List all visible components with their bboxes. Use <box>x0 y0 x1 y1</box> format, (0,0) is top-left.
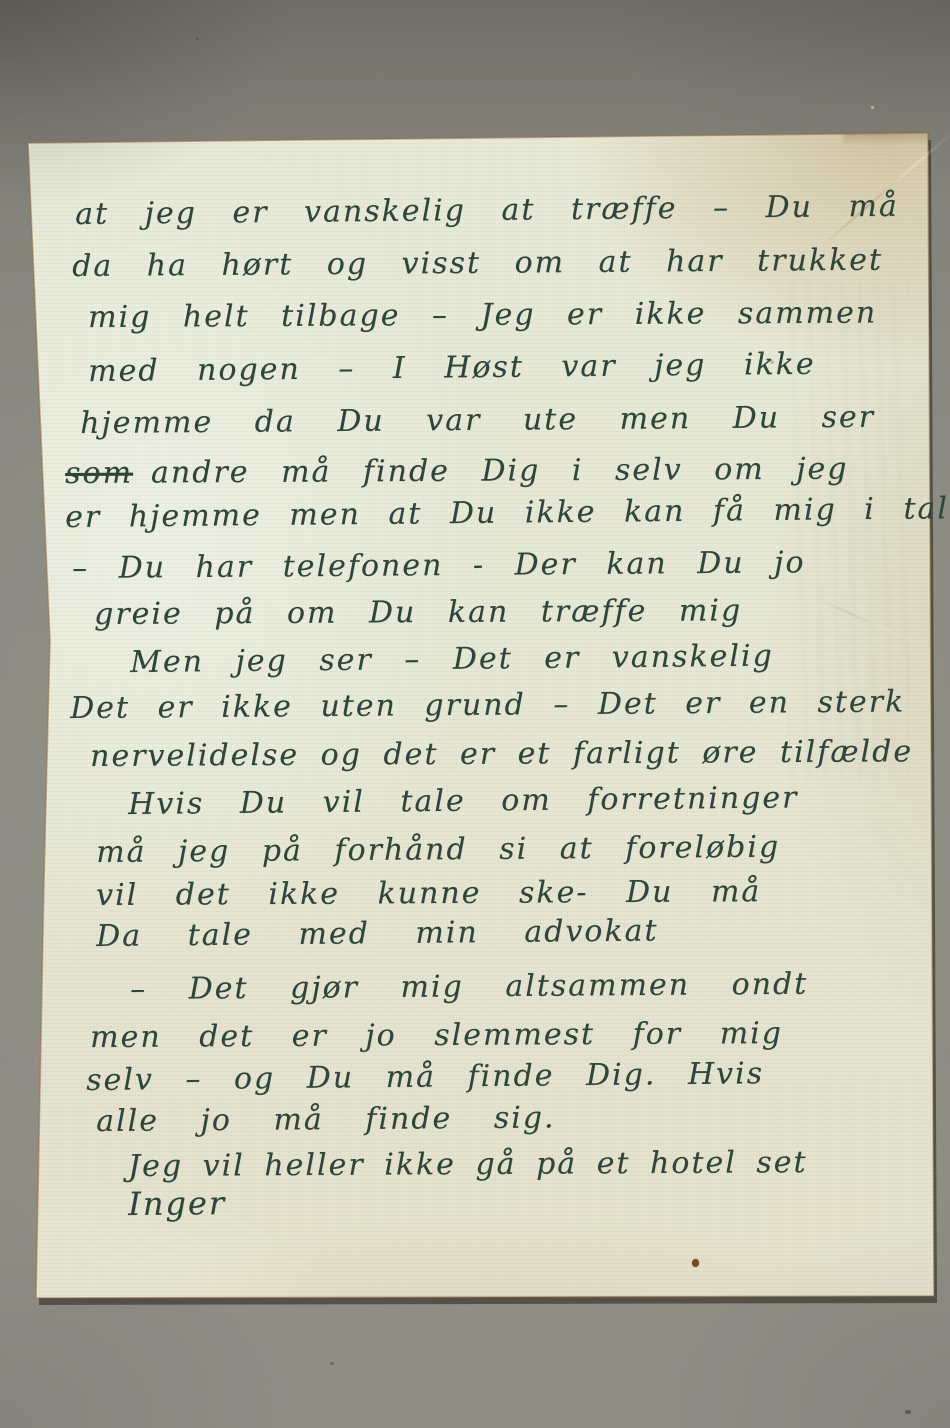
handwriting: at jeg er vanskelig at træffe – Du måda … <box>0 0 950 1428</box>
handwritten-line: med nogen – I Høst var jeg ikke <box>88 350 816 387</box>
line-text: andre må finde Dig i selv om jeg <box>151 451 849 490</box>
handwritten-line: hjemme da Du var ute men Du ser <box>80 403 875 439</box>
handwritten-line: – Det gjør mig altsammen ondt <box>130 970 808 1005</box>
handwritten-line: greie på om Du kan træffe mig <box>94 596 742 630</box>
handwritten-line: Jeg vil heller ikke gå på et hotel set <box>128 1148 808 1182</box>
handwritten-line: at jeg er vanskelig at træffe – Du må <box>75 192 899 230</box>
handwritten-line: selv – og Du må finde Dig. Hvis <box>86 1059 764 1096</box>
struck-word: som <box>65 456 133 491</box>
handwritten-line: Hvis Du vil tale om forretninger <box>128 783 799 820</box>
handwritten-line: Men jeg ser – Det er vanskelig <box>130 642 774 678</box>
handwritten-line: nervelidelse og det er et farligt øre ti… <box>90 737 913 772</box>
handwritten-line: alle jo må finde sig. <box>96 1103 556 1137</box>
handwritten-line: Da tale med min advokat <box>96 916 659 952</box>
handwritten-line: må jeg på forhånd si at foreløbig <box>96 833 780 868</box>
handwritten-line: Det er ikke uten grund – Det er en sterk <box>70 687 905 724</box>
handwritten-line: er hjemme men at Du ikke kan få mig i ta… <box>65 494 950 533</box>
handwritten-line: – Du har telefonen - Der kan Du jo <box>72 548 806 584</box>
handwritten-line: mig helt tilbage – Jeg er ikke sammen <box>88 298 877 333</box>
handwritten-line: da ha hørt og visst om at har trukket <box>72 246 883 282</box>
handwritten-line: somandre må finde Dig i selv om jeg <box>65 454 849 489</box>
handwritten-line: men det er jo slemmest for mig <box>90 1019 783 1053</box>
handwritten-line: Inger <box>128 1187 226 1220</box>
letter-photograph: at jeg er vanskelig at træffe – Du måda … <box>0 0 950 1428</box>
handwritten-line: vil det ikke kunne ske- Du må <box>96 877 761 911</box>
